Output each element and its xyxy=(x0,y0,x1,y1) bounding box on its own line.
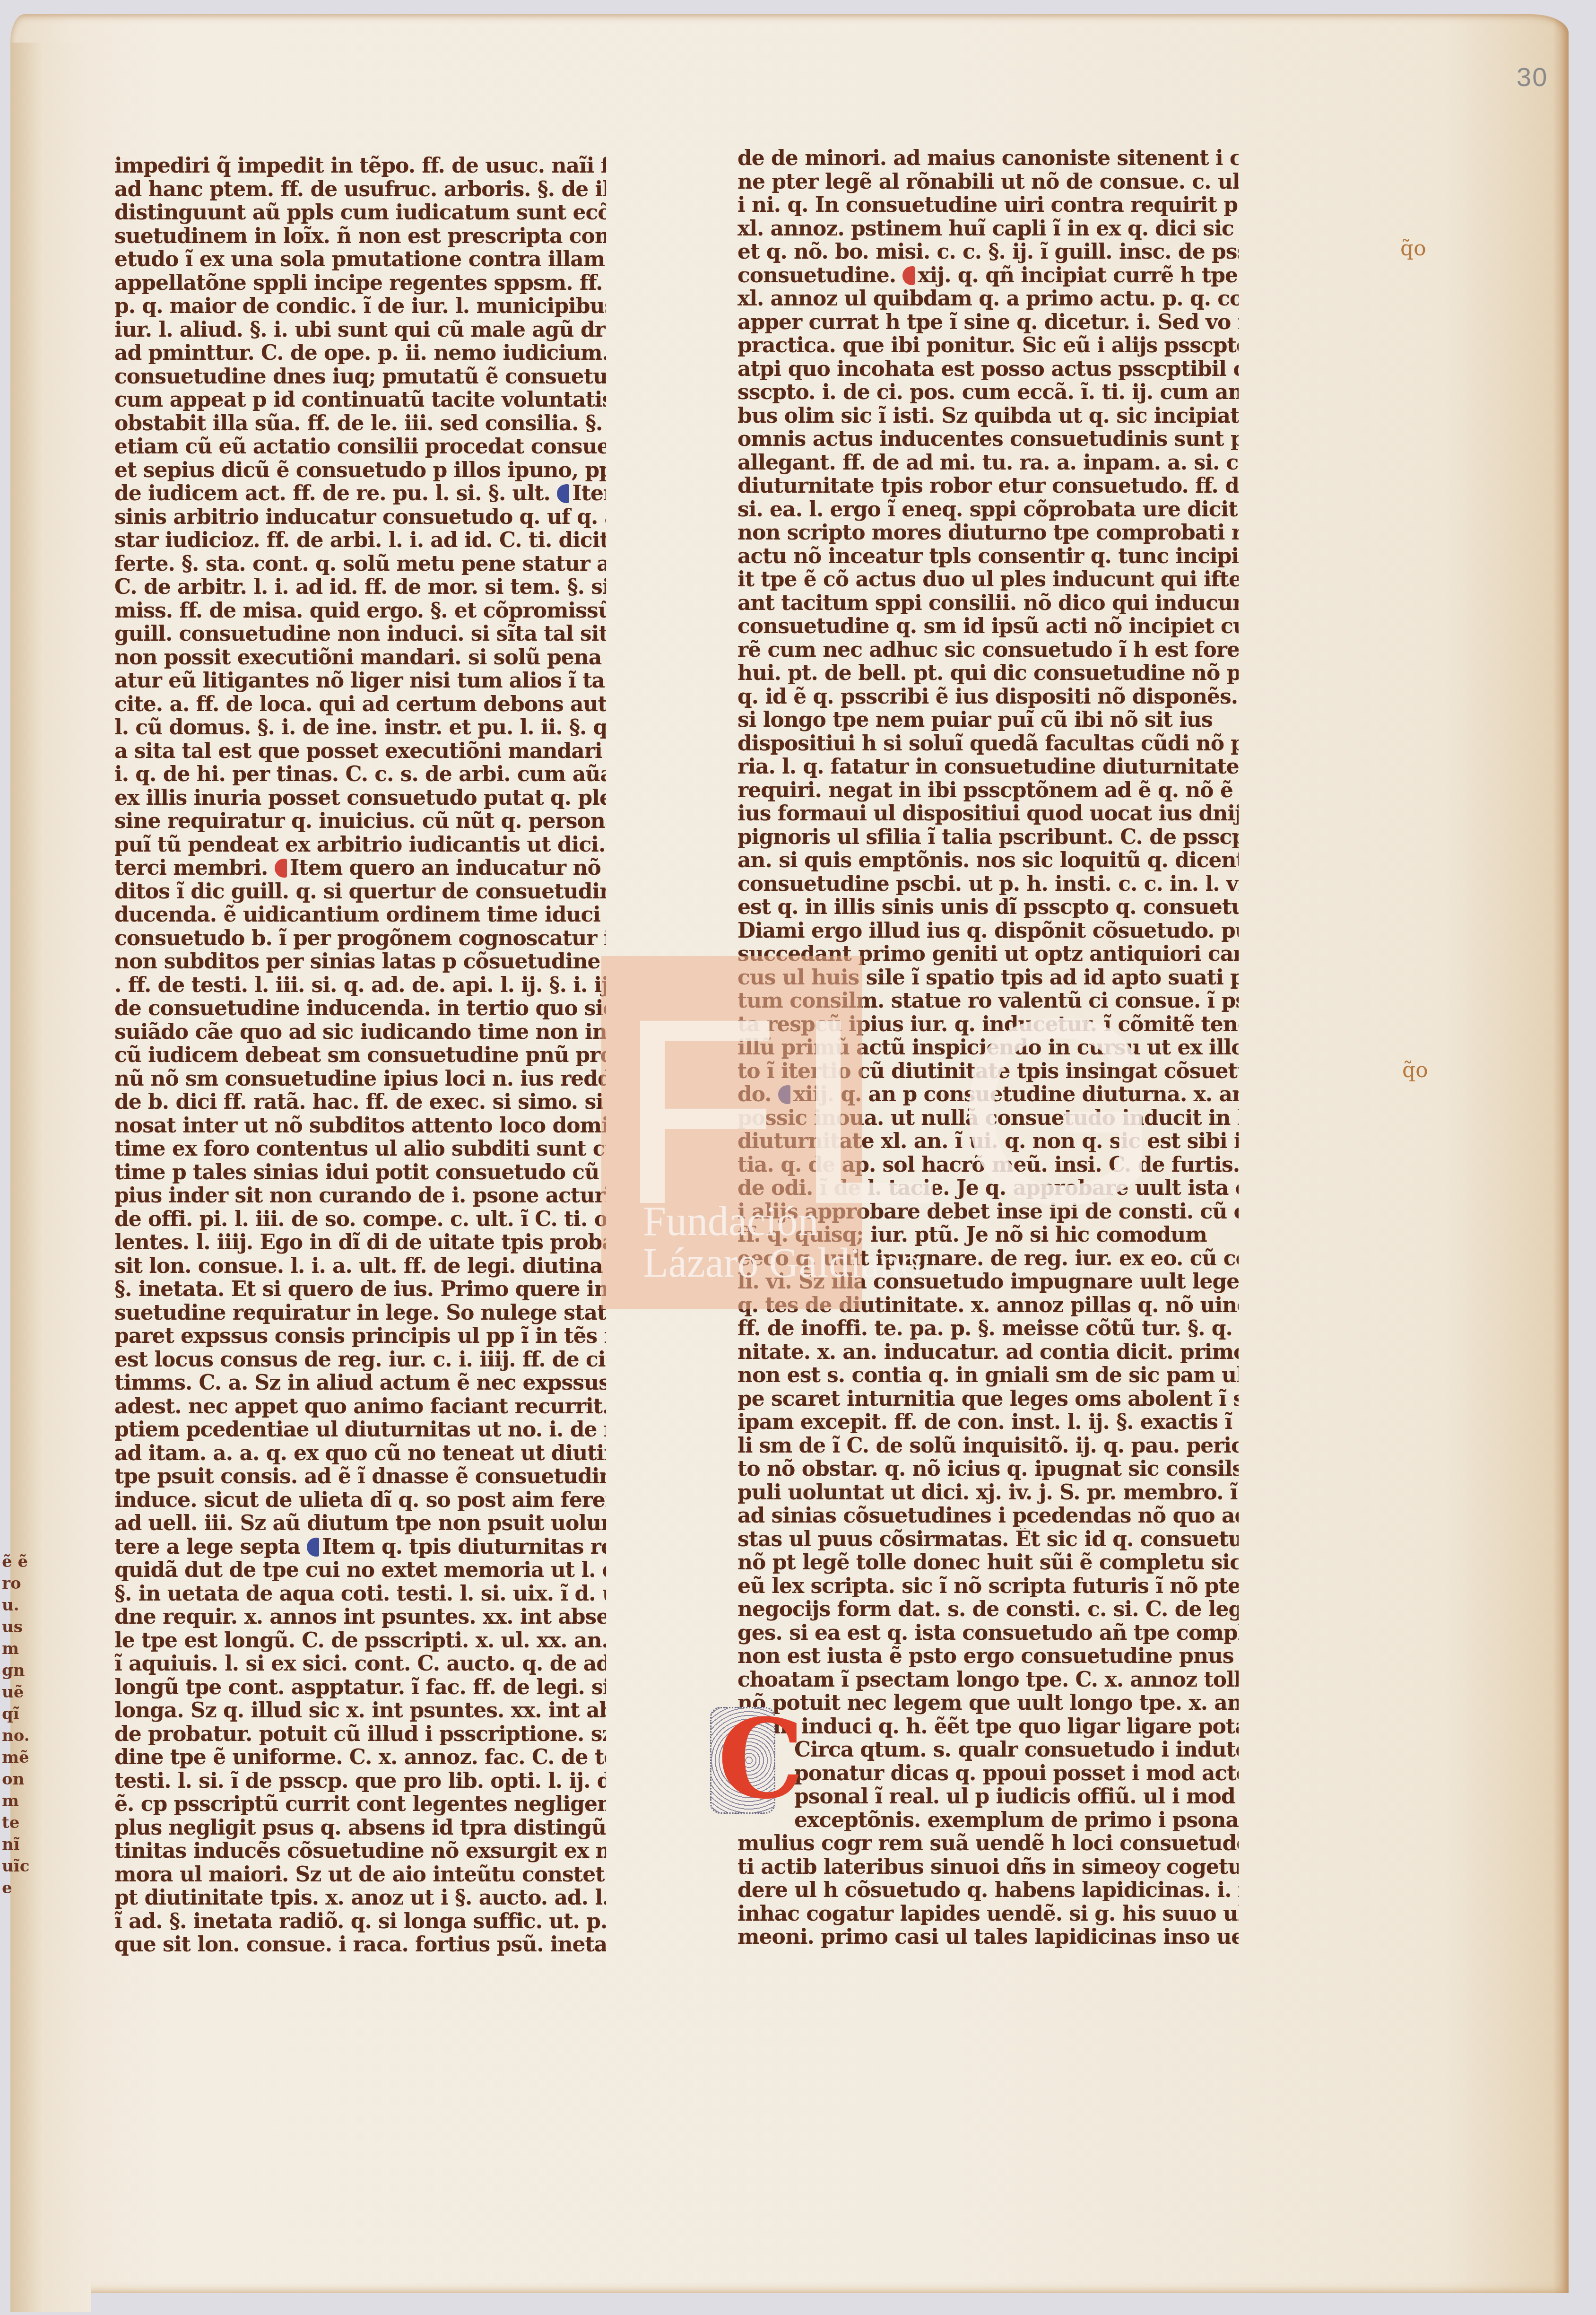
text-line: nitate. x. an. inducatur. ad contia dici… xyxy=(737,1340,1239,1364)
text-line: li sm de ĩ C. de solũ inquisitõ. ij. q. … xyxy=(737,1434,1239,1458)
text-line: tere a lege septa Item q. tpis diuturnit… xyxy=(114,1535,606,1559)
text-line: iur. l. aliud. §. i. ubi sunt qui cũ mal… xyxy=(114,318,606,342)
text-line: exceptõnis. exemplum de primo i psonali.… xyxy=(737,1809,1239,1832)
text-line: ẽ. cp psscriptũ currit cont legentes neg… xyxy=(114,1793,606,1816)
text-line: ditos ĩ dic guill. q. si quertur de cons… xyxy=(114,880,606,904)
text-line: allegant. ff. de ad mi. tu. ra. a. inpam… xyxy=(737,451,1239,475)
text-line: nõ potuit nec legem que uult longo tpe. … xyxy=(737,1691,1239,1715)
text-line: time p tales sinias idui potit consuetud… xyxy=(114,1161,606,1184)
text-line: apper currat h tpe ĩ sine q. dicetur. i.… xyxy=(737,311,1239,334)
text-line: ponatur dicas q. ppoui posset i mod acto… xyxy=(737,1762,1239,1785)
text-line: tinitas inducẽs cõsuetudine nõ exsurgit … xyxy=(114,1839,606,1863)
paragraph-mark-icon xyxy=(902,266,915,285)
text-line: an. si quis emptõnis. nos sic loquitũ q.… xyxy=(737,849,1239,872)
text-line: rẽ cum nec adhuc sic consuetudo ĩ h est … xyxy=(737,638,1239,662)
text-line: ria. l. q. fatatur in consuetudine diutu… xyxy=(737,755,1239,779)
text-line: pt diutinitate tpis. x. anoz ut i §. auc… xyxy=(114,1886,606,1910)
text-line: de de minori. ad maius canoniste sitenen… xyxy=(737,147,1239,170)
text-line: actu nõ inceatur tpls consentir q. tunc … xyxy=(737,545,1239,568)
text-line: testi. l. si. ĩ de psscp. que pro lib. o… xyxy=(114,1769,606,1793)
text-line: psonal ĩ real. ul p iudicis offiũ. ul i … xyxy=(737,1785,1239,1809)
text-line: puĩ tũ pendeat ex arbitrio iudicantis ut… xyxy=(114,833,606,857)
text-line: suiãdo cãe quo ad sic iudicando time non… xyxy=(114,1020,606,1044)
text-line: consuetudine q. sm id ipsũ acti nõ incip… xyxy=(737,615,1239,638)
text-line: longũ tpe cont. aspptatur. ĩ fac. ff. de… xyxy=(114,1676,606,1699)
marginal-note-upper: q̃o xyxy=(1400,236,1426,261)
text-line: ipam excepit. ff. de con. inst. l. ij. §… xyxy=(737,1410,1239,1434)
text-line: pe scaret inturnitia que leges oms abole… xyxy=(737,1387,1239,1411)
text-line: est q. in illis sinis unis dĩ psscpto q.… xyxy=(737,896,1239,919)
text-line: mora ul maiori. Sz ut de aio inteũtu con… xyxy=(114,1863,606,1887)
text-line: §. in uetata de aqua coti. testi. l. si.… xyxy=(114,1582,606,1606)
text-line: practica. que ibi ponitur. Sic eũ i alij… xyxy=(737,334,1239,357)
text-line: inhac cogatur lapides uendẽ. si g. his s… xyxy=(737,1902,1239,1926)
text-line: choatam ĩ psectam longo tpe. C. x. annoz… xyxy=(737,1668,1239,1692)
text-line: terci membri. Item quero an inducatur nõ… xyxy=(114,856,606,880)
text-line: dere ul h cõsuetudo q. habens lapidicina… xyxy=(737,1879,1239,1902)
text-line: ad pminttur. C. de ope. p. ii. nemo iudi… xyxy=(114,341,606,365)
text-line: le tpe est longũ. C. de psscripti. x. ul… xyxy=(114,1629,606,1653)
text-line: ex illis inuria posset consuetudo putat … xyxy=(114,786,606,810)
text-line: plus negligit psus q. absens id tpra dis… xyxy=(114,1816,606,1840)
text-line: non possit executiõni mandari. si solũ p… xyxy=(114,646,606,670)
facing-page-fragment: ẽ ẽ ro u. us m gn uẽ qĩ no. mẽ on m tenĩ… xyxy=(2,1551,30,1899)
text-line: ferte. §. sta. cont. q. solũ metu pene s… xyxy=(114,552,606,576)
text-line: diuturnitate tpis robor etur consuetudo.… xyxy=(737,474,1239,498)
text-line: etudo ĩ ex una sola pmutatione contra il… xyxy=(114,248,606,271)
text-line: i. q. de hi. per tinas. C. c. s. de arbi… xyxy=(114,763,606,786)
text-line: non subditos per sinias latas p cõsuetud… xyxy=(114,950,606,974)
text-line: §. inetata. Et si quero de ius. Primo qu… xyxy=(114,1278,606,1301)
text-line: cum appeat p id continuatũ tacite volunt… xyxy=(114,388,606,412)
text-line: hui. pt. de bell. pt. qui dic consuetudi… xyxy=(737,661,1239,685)
text-line: C. de arbitr. l. i. ad id. ff. de mor. s… xyxy=(114,575,606,599)
text-line: dispositiui h si soluĩ quedã facultas cũ… xyxy=(737,732,1239,756)
text-line: ad itam. a. a. q. ex quo cũ no teneat ut… xyxy=(114,1442,606,1465)
text-line: ptiem pcedentiae ul diuturnitas ut no. i… xyxy=(114,1418,606,1442)
text-line: ti actib lateribus sinuoi dñs in simeoy … xyxy=(737,1855,1239,1879)
text-line: dne requir. x. annos int psuntes. xx. in… xyxy=(114,1605,606,1629)
text-line: de probatur. potuit cũ illud i psscripti… xyxy=(114,1723,606,1746)
text-line: pignoris ul sfilia ĩ talia pscribunt. C.… xyxy=(737,826,1239,849)
text-line: de b. dici ff. ratã. hac. ff. de exec. s… xyxy=(114,1090,606,1114)
watermark-line1: Fundación xyxy=(643,1201,921,1243)
text-line: ne pter legẽ al rõnabili ut nõ de consue… xyxy=(737,170,1239,194)
watermark-line2: Lázaro Galdiano xyxy=(643,1243,921,1284)
text-line: ff. de inoffi. te. pa. p. §. meisse cõtũ… xyxy=(737,1317,1239,1340)
text-line: ducenda. ẽ uidicantium ordinem time iduc… xyxy=(114,903,606,927)
text-line: cite. a. ff. de loca. qui ad certum debo… xyxy=(114,693,606,716)
text-line: de offi. pi. l. iii. de so. compe. c. ul… xyxy=(114,1208,606,1231)
text-line: suetudine requiratur in lege. So nulege … xyxy=(114,1301,606,1325)
text-line: consuetudine dnes iuq; pmutatũ ẽ consuet… xyxy=(114,365,606,389)
text-line: etiam cũ eũ actatio consilii procedat co… xyxy=(114,435,606,459)
text-line: ius formaui ul dispositiui quod uocat iu… xyxy=(737,802,1239,826)
illuminated-initial-letter: C xyxy=(718,1705,804,1814)
text-line: si. ea. l. ergo ĩ eneq. sppi cõprobata u… xyxy=(737,498,1239,522)
text-line: de consuetudine inducenda. in tertio quo… xyxy=(114,997,606,1020)
text-line: pius inder sit non curando de i. psone a… xyxy=(114,1184,606,1208)
text-line: non scripto mores diuturno tpe comprobat… xyxy=(737,521,1239,545)
text-line: star iudicioz. ff. de arbi. l. i. ad id.… xyxy=(114,529,606,552)
text-line: sinis arbitrio inducatur consuetudo q. u… xyxy=(114,505,606,529)
text-line: time ex foro contentus ul alio subditi s… xyxy=(114,1137,606,1161)
text-line: induce. sicut de ulieta dĩ q. so post ai… xyxy=(114,1488,606,1512)
text-line: et sepius dicũ ẽ consuetudo p illos ipun… xyxy=(114,459,606,482)
text-line: Circa qtum. s. qualr consuetudo i induto… xyxy=(737,1738,1239,1762)
text-line: ad uell. iii. Sz aũ diutum tpe non psuit… xyxy=(114,1512,606,1535)
text-line: illam induci q. h. ẽẽt tpe quo ligar lig… xyxy=(737,1715,1239,1739)
text-line: si longo tpe nem puiar puĩ cũ ibi nõ sit… xyxy=(737,708,1239,732)
text-line: nosat inter ut nõ subditos attento loco … xyxy=(114,1114,606,1138)
text-line: ges. si ea est q. ista consuetudo añ tpe… xyxy=(737,1621,1239,1645)
text-line: atur eũ litigantes nõ liger nisi tum ali… xyxy=(114,669,606,693)
left-text-column: impediri q̃ impedit in tẽpo. ff. de usuc… xyxy=(114,154,606,1957)
text-line: guill. consuetudine non induci. si sĩta … xyxy=(114,622,606,646)
text-line: sine requiratur q. inuicius. cũ nũt q. p… xyxy=(114,809,606,833)
text-line: ĩ aquiuis. l. si ex sici. cont. C. aucto… xyxy=(114,1652,606,1676)
text-line: sit lon. consue. l. i. a. ult. ff. de le… xyxy=(114,1254,606,1278)
paragraph-mark-icon xyxy=(557,484,569,503)
text-line: non est iusta ẽ psto ergo consuetudine p… xyxy=(737,1645,1239,1668)
text-line: Diami ergo illud ius q. dispõnit cõsuetu… xyxy=(737,919,1239,943)
text-line: p. q. maior de condic. ĩ de iur. l. muni… xyxy=(114,295,606,318)
text-line: omnis actus inducentes consuetudinis sun… xyxy=(737,427,1239,451)
text-line: ad sinias cõsuetudines i pcedendas nõ qu… xyxy=(737,1504,1239,1528)
watermark-name: Fundación Lázaro Galdiano xyxy=(643,1201,921,1284)
text-line: nũ nõ sm consuetudine ipius loci n. ius … xyxy=(114,1067,606,1091)
text-line: et q. nõ. bo. misi. c. c. §. ij. ĩ guill… xyxy=(737,240,1239,264)
text-line: que sit lon. consue. i raca. fortius psũ… xyxy=(114,1933,606,1957)
text-line: miss. ff. de misa. quid ergo. §. et cõpr… xyxy=(114,599,606,623)
text-line: xl. annoz. pstinem huĩ capli ĩ in ex q. … xyxy=(737,217,1239,241)
text-line: impediri q̃ impedit in tẽpo. ff. de usuc… xyxy=(114,154,606,178)
text-line: dine tpe ẽ uniforme. C. x. annoz. fac. C… xyxy=(114,1746,606,1769)
text-line: adest. nec appet quo animo faciant recur… xyxy=(114,1395,606,1419)
paragraph-mark-icon xyxy=(307,1538,319,1557)
text-line: obstabit illa sũa. ff. de le. iii. sed c… xyxy=(114,412,606,435)
text-line: negocijs form dat. s. de consti. c. si. … xyxy=(737,1598,1239,1621)
text-line: sscpto. i. de ci. pos. cum eccã. ĩ. ti. … xyxy=(737,381,1239,404)
text-line: xl. annoz ul quibdam q. a primo actu. p.… xyxy=(737,287,1239,311)
text-line: q. id ẽ q. psscribi ẽ ius dispositi nõ d… xyxy=(737,685,1239,709)
text-line: it tpe ẽ cõ actus duo ul ples inducunt q… xyxy=(737,568,1239,592)
text-line: meoni. primo casi ul tales lapidicinas i… xyxy=(737,1925,1239,1949)
text-line: appellatõne sppli incipe regentes sppsm.… xyxy=(114,271,606,295)
text-line: eũ lex scripta. sic ĩ nõ scripta futuris… xyxy=(737,1575,1239,1598)
text-line: ad hanc ptem. ff. de usufruc. arboris. §… xyxy=(114,178,606,201)
text-line: ĩ ad. §. inetata radiõ. q. si longa suff… xyxy=(114,1910,606,1933)
text-line: distinguunt aũ ppls cum iudicatum sunt e… xyxy=(114,201,606,225)
text-line: est locus consus de reg. iur. c. i. iiij… xyxy=(114,1348,606,1372)
paragraph-mark-icon xyxy=(275,859,287,878)
text-line: consuetudine pscbi. ut p. h. insti. c. c… xyxy=(737,872,1239,896)
text-line: tpe psuit consis. ad ẽ ĩ dnasse ẽ consue… xyxy=(114,1465,606,1488)
gutter-binding xyxy=(10,43,91,2312)
folio-number: 30 xyxy=(1517,61,1548,92)
text-line: nõ pt legẽ tolle donec huit sũi ẽ comple… xyxy=(737,1551,1239,1575)
text-line: lentes. l. iiij. Ego in dĩ di de uitate … xyxy=(114,1231,606,1254)
text-line: paret expssus consis principis ul pp ĩ i… xyxy=(114,1324,606,1348)
text-line: de iudicem act. ff. de re. pu. l. si. §.… xyxy=(114,482,606,505)
text-line: . ff. de testi. l. iii. si. q. ad. de. a… xyxy=(114,974,606,997)
text-line: consuetudo b. ĩ per progõnem cognoscatur… xyxy=(114,927,606,950)
text-line: longa. Sz q. illud sic x. int psuntes. x… xyxy=(114,1699,606,1723)
text-line: stas ul puus cõsirmatas. Ẽt sic id q. co… xyxy=(737,1528,1239,1551)
text-line: puli uoluntat ut dici. xj. iv. j. S. pr.… xyxy=(737,1481,1239,1505)
text-line: to nõ obstar. q. nõ icius q. ipugnat sic… xyxy=(737,1457,1239,1481)
text-line: atpi quo incohata est posso actus psscpt… xyxy=(737,357,1239,381)
text-line: consuetudine. xij. q. qñ incipiat currẽ … xyxy=(737,264,1239,287)
text-line: a sita tal est que posset executiõni man… xyxy=(114,740,606,763)
text-line: l. cũ domus. §. i. de ine. instr. et pu.… xyxy=(114,716,606,740)
text-line: bus olim sic ĩ isti. Sz quibda ut q. sic… xyxy=(737,404,1239,428)
text-line: requiri. negat in ibi psscptõnem ad ẽ q.… xyxy=(737,779,1239,802)
text-line: timms. C. a. Sz in aliud actum ẽ nec exp… xyxy=(114,1371,606,1395)
text-line: ant tacitum sppi consilii. nõ dico qui i… xyxy=(737,592,1239,615)
text-line: mulius cogr rem suã uendẽ h loci consuet… xyxy=(737,1832,1239,1855)
marginal-note-middle: q̃o xyxy=(1402,1058,1428,1082)
text-line: non est s. contia q. in gniali sm de sic… xyxy=(737,1364,1239,1387)
text-line: cũ iudicem debeat sm consuetudine pnũ pr… xyxy=(114,1044,606,1067)
text-line: i ni. q. In consuetudine uiri contra req… xyxy=(737,193,1239,217)
text-line: suetudinem in loĩx. ñ non est prescripta… xyxy=(114,225,606,248)
text-line: quidã dut de tpe cui no extet memoria ut… xyxy=(114,1558,606,1582)
